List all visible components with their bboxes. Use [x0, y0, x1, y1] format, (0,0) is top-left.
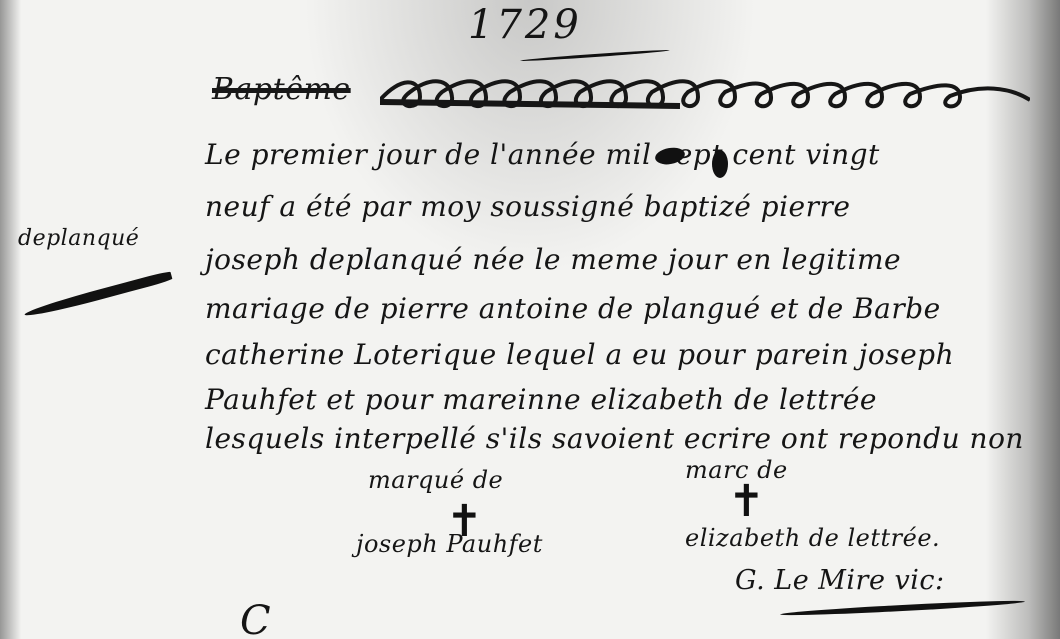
ink-stroke	[520, 49, 670, 62]
body-line-7: lesquels interpellé s'ils savoient ecrir…	[205, 422, 1024, 455]
cancellation-loops	[380, 72, 1030, 112]
body-line-5: catherine Loterique lequel a eu pour par…	[205, 338, 954, 371]
manuscript-page: 1729 Baptême deplanqué Le premier jour d…	[0, 0, 1060, 639]
ink-blot	[712, 150, 728, 178]
body-line-3: joseph deplanqué née le meme jour en leg…	[205, 243, 901, 276]
body-line-2: neuf a été par moy soussigné baptizé pie…	[205, 190, 850, 223]
margin-note: deplanqué	[18, 226, 139, 251]
godfather-signature: joseph Pauhfet	[356, 530, 543, 558]
next-entry-initial: C	[240, 598, 271, 639]
priest-signature: G. Le Mire vic:	[735, 565, 945, 596]
struck-heading: Baptême	[212, 72, 351, 107]
godfather-mark-label: marqué de	[368, 466, 503, 494]
cross-mark-icon: ✝	[728, 476, 765, 527]
margin-ink-stroke	[23, 271, 172, 320]
body-line-6: Pauhfet et pour mareinne elizabeth de le…	[205, 383, 877, 416]
year-header: 1729	[468, 2, 582, 48]
signature-flourish	[780, 599, 1025, 618]
body-line-1: Le premier jour de l'année mil sept cent…	[205, 138, 880, 171]
godmother-signature: elizabeth de lettrée.	[685, 524, 940, 552]
body-line-4: mariage de pierre antoine de plangué et …	[205, 292, 941, 325]
